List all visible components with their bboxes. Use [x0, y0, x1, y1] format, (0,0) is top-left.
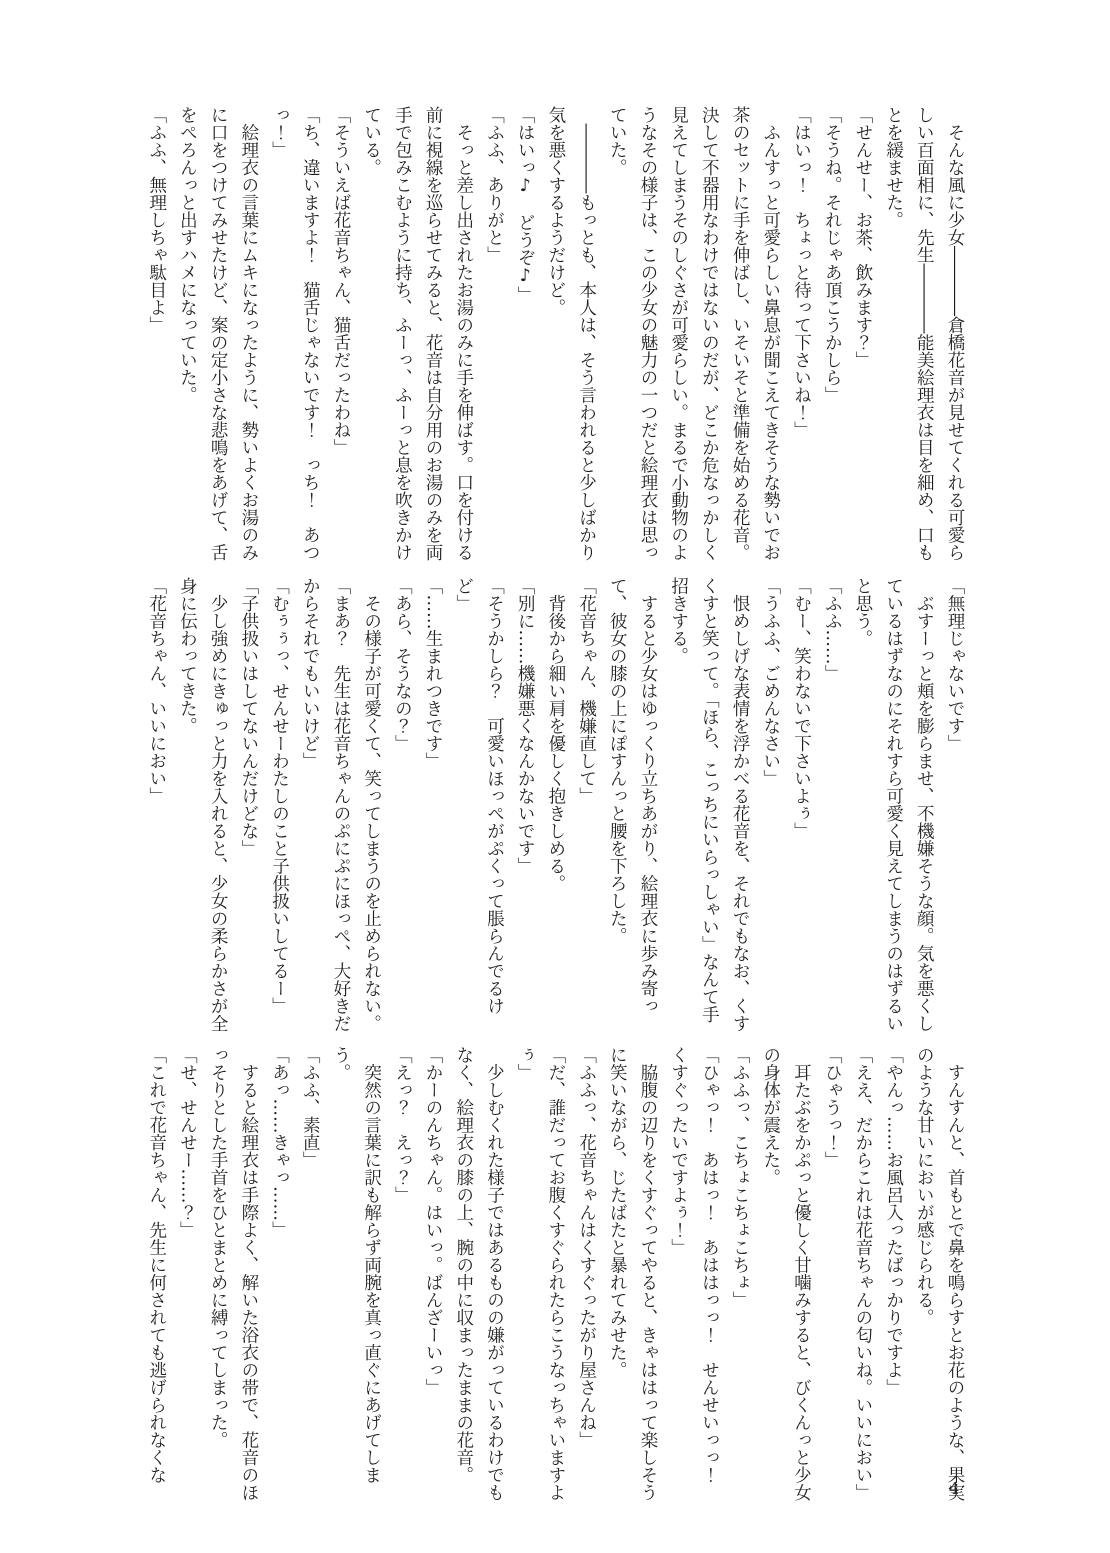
- paragraph: 「これで花音ちゃん、先生に何されても逃げられなくな: [141, 1046, 172, 1506]
- paragraph: 「かーのんちゃん。はいっ。ばんざーいっ」: [417, 1046, 448, 1506]
- novel-page: そんな風に少女――――倉橋花音が見せてくれる可愛らしい百面相に、先生――――能美…: [0, 0, 1110, 1553]
- paragraph: 「ひゃうっ！」: [816, 1046, 847, 1506]
- paragraph: 「ひゃっ！ あはっ！ あははっっ！ せんせいっっ！ くすぐったいですよぅ！」: [663, 1046, 724, 1506]
- paragraph: 「ふふ……」: [816, 577, 847, 1037]
- paragraph: 「むー、笑わないで下さいよぅ」: [786, 577, 817, 1037]
- paragraph: 突然の言葉に訳も解らず両腕を真っ直ぐにあげてしまう。: [325, 1046, 386, 1506]
- paragraph: そっと差し出されたお湯のみに手を伸ばす。口を付ける前に視線を巡らせてみると、花音…: [356, 106, 479, 566]
- paragraph: 「やんっ……お風呂入ったばっかりですよ」: [878, 1046, 909, 1506]
- paragraph: そんな風に少女――――倉橋花音が見せてくれる可愛らしい百面相に、先生――――能美…: [878, 106, 970, 566]
- paragraph: 「花音ちゃん、機嫌直して」: [571, 577, 602, 1037]
- paragraph: 「ち、違いますよ！ 猫舌じゃないです！ っち！ あつっ！」: [264, 106, 325, 566]
- page-number: 4: [949, 1479, 959, 1498]
- paragraph: 恨めしげな表情を浮かべる花音を、それでもなお、くすくすと笑って。「ほら、こっちに…: [663, 577, 755, 1037]
- paragraph: 「だ、誰だってお腹くすぐられたらこうなっちゃいますよぅ」: [509, 1046, 570, 1506]
- paragraph: 「ふふ、無理しちゃ駄目よ」: [141, 106, 172, 566]
- paragraph: 「無理じゃないです」: [939, 577, 970, 1037]
- paragraph: 「まあ？ 先生は花音ちゃんのぷにぷにほっぺ、大好きだからそれでもいいけど」: [295, 577, 356, 1037]
- paragraph: 「花音ちゃん、いいにおい」: [141, 577, 172, 1037]
- paragraph: その様子が可愛くて、笑ってしまうのを止められない。: [356, 577, 387, 1037]
- paragraph: ――――もっとも、本人は、そう言われると少しばかり気を悪くするようだけど。: [540, 106, 601, 566]
- paragraph: 少しむくれた様子ではあるものの嫌がっているわけでもなく、絵理衣の膝の上、腕の中に…: [448, 1046, 509, 1506]
- paragraph: 「ふふっ、花音ちゃんはくすぐったがり屋さんね」: [571, 1046, 602, 1506]
- paragraph: すると少女はゆっくり立ちあがり、絵理衣に歩み寄って、彼女の膝の上にぽすんっと腰を…: [602, 577, 663, 1037]
- paragraph: 少し強めにきゅっと力を入れると、少女の柔らかさが全身に伝わってきた。: [172, 577, 233, 1037]
- paragraph: 「うふふ、ごめんなさい」: [755, 577, 786, 1037]
- paragraph: 「えっ？ えっ？」: [387, 1046, 418, 1506]
- paragraph: 「むぅぅっ、せんせーわたしのこと子供扱いしてるー」: [264, 577, 295, 1037]
- paragraph: 「ふふ、ありがと」: [479, 106, 510, 566]
- text-block-top: そんな風に少女――――倉橋花音が見せてくれる可愛らしい百面相に、先生――――能美…: [138, 106, 970, 566]
- paragraph: 絵理衣の言葉にムキになったように、勢いよくお湯のみに口をつけてみせたけど、案の定…: [172, 106, 264, 566]
- paragraph: すんすんと、首もとで鼻を鳴らすとお花のような、果実のような甘いにおいが感じられる…: [909, 1046, 970, 1506]
- paragraph: 「そうね。それじゃあ頂こうかしら」: [816, 106, 847, 566]
- paragraph: 「あっ……きゃっ……」: [264, 1046, 295, 1506]
- paragraph: 「ふふっ、こちょこちょこちょ」: [724, 1046, 755, 1506]
- paragraph: 耳たぶをかぷっと優しく甘噛みすると、びくんっと少女の身体が震えた。: [755, 1046, 816, 1506]
- paragraph: 「別に……機嫌悪くなんかないです」: [509, 577, 540, 1037]
- paragraph: ぶすーっと頬を膨らませ、不機嫌そうな顔。気を悪くしているはずなのにそれすら可愛く…: [847, 577, 939, 1037]
- paragraph: 背後から細い肩を優しく抱きしめる。: [540, 577, 571, 1037]
- text-block-bottom: すんすんと、首もとで鼻を鳴らすとお花のような、果実のような甘いにおいが感じられる…: [138, 1046, 970, 1506]
- paragraph: 「ええ、だからこれは花音ちゃんの匂いね。いいにおい」: [847, 1046, 878, 1506]
- paragraph: 「はいっ♪ どうぞ♪」: [509, 106, 540, 566]
- paragraph: 「そういえば花音ちゃん、猫舌だったわね」: [325, 106, 356, 566]
- paragraph: 「あら、そうなの？」: [387, 577, 418, 1037]
- paragraph: 「そうかしら？ 可愛いほっぺがぷくって脹らんでるけど」: [448, 577, 509, 1037]
- paragraph: 「子供扱いはしてないんだけどな」: [233, 577, 264, 1037]
- paragraph: 「せんせー、お茶、飲みます？」: [847, 106, 878, 566]
- text-block-middle: 「無理じゃないです」 ぶすーっと頬を膨らませ、不機嫌そうな顔。気を悪くしているは…: [138, 577, 970, 1037]
- paragraph: 「ふふ、素直」: [295, 1046, 326, 1506]
- paragraph: 「……生まれつきです」: [417, 577, 448, 1037]
- paragraph: 「はいっ！ ちょっと待って下さいね！」: [786, 106, 817, 566]
- paragraph: 脇腹の辺りをくすぐってやると、きゃははって楽しそうに笑いながら、じたばたと暴れて…: [602, 1046, 663, 1506]
- paragraph: 「せ、せんせー……？」: [172, 1046, 203, 1506]
- paragraph: ふんすっと可愛らしい鼻息が聞こえてきそうな勢いでお茶のセットに手を伸ばし、いそい…: [602, 106, 786, 566]
- paragraph: すると絵理衣は手際よく、解いた浴衣の帯で、花音のほっそりとした手首をひとまとめに…: [202, 1046, 263, 1506]
